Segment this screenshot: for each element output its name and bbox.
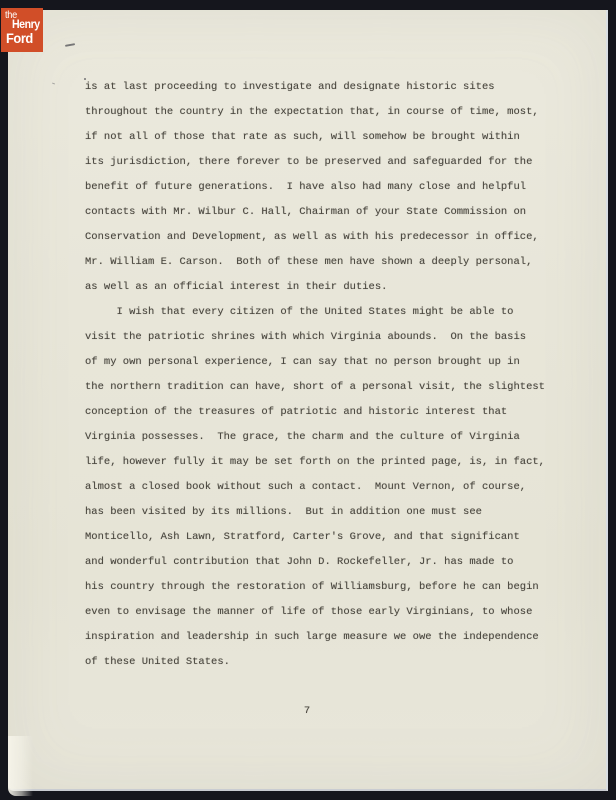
typed-text: is at last proceeding to investigate and…	[85, 75, 585, 675]
text-line: if not all of those that rate as such, w…	[85, 125, 585, 150]
scanned-letter-page: is at last proceeding to investigate and…	[8, 10, 608, 791]
page-number: 7	[8, 705, 606, 717]
text-line: almost a closed book without such a cont…	[85, 475, 585, 500]
text-line: the northern tradition can have, short o…	[85, 375, 585, 400]
text-line: I wish that every citizen of the United …	[85, 300, 585, 325]
text-line: Conservation and Development, as well as…	[85, 225, 585, 250]
logo-word-ford: Ford	[6, 30, 33, 46]
text-line: as well as an official interest in their…	[85, 275, 585, 300]
text-line: is at last proceeding to investigate and…	[85, 75, 585, 100]
text-line: throughout the country in the expectatio…	[85, 100, 585, 125]
text-line: and wonderful contribution that John D. …	[85, 550, 585, 575]
text-line: visit the patriotic shrines with which V…	[85, 325, 585, 350]
paper-speck	[65, 43, 75, 46]
henry-ford-logo: the Henry Ford	[1, 8, 43, 52]
text-line: of these United States.	[85, 650, 585, 675]
text-line: Virginia possesses. The grace, the charm…	[85, 425, 585, 450]
text-line: Mr. William E. Carson. Both of these men…	[85, 250, 585, 275]
text-line: has been visited by its millions. But in…	[85, 500, 585, 525]
text-line: life, however fully it may be set forth …	[85, 450, 585, 475]
text-line: benefit of future generations. I have al…	[85, 175, 585, 200]
text-line: his country through the restoration of W…	[85, 575, 585, 600]
under-sheet-edge	[8, 736, 33, 796]
text-line: Monticello, Ash Lawn, Stratford, Carter'…	[85, 525, 585, 550]
text-line: conception of the treasures of patriotic…	[85, 400, 585, 425]
text-line: its jurisdiction, there forever to be pr…	[85, 150, 585, 175]
text-line: even to envisage the manner of life of t…	[85, 600, 585, 625]
text-line: inspiration and leadership in such large…	[85, 625, 585, 650]
text-line: contacts with Mr. Wilbur C. Hall, Chairm…	[85, 200, 585, 225]
text-line: of my own personal experience, I can say…	[85, 350, 585, 375]
paper-speck	[52, 83, 55, 85]
